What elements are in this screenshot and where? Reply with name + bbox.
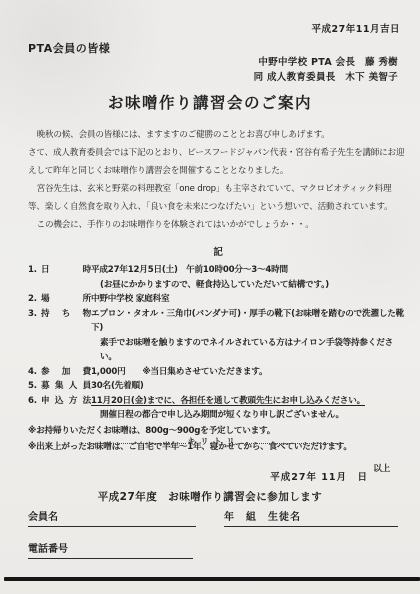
invitation-paragraph: この機会に、手作りのお味噌作りを体験されてはいかがでしょうか・・。	[28, 216, 408, 234]
item-subnote-nails: 素手でお味噌を触りますのでネイルされている方はナイロン手袋等持参ください。	[100, 336, 408, 365]
notice-item-apply: 6. 申込方法 11月20日(金)までに、各担任を通して教頭先生にお申し込みくだ…	[28, 394, 408, 409]
item-value: 1,000円 ※当日集めさせていただきます。	[91, 365, 408, 380]
item-number: 2.	[28, 292, 41, 307]
phone-number-label: 電話番号	[28, 544, 68, 555]
notice-item-capacity: 5. 募集人員 30名(先着順)	[28, 379, 408, 394]
member-name-label: 会員名	[28, 512, 58, 523]
item-label: 日 時	[41, 263, 91, 278]
item-value: 30名(先着順)	[91, 379, 408, 394]
issue-date: 平成27年11月吉日	[312, 21, 400, 35]
document-title: お味噌作り講習会のご案内	[0, 91, 420, 113]
notice-item-fee: 4. 参 加 費 1,000円 ※当日集めさせていただきます。	[28, 365, 408, 380]
item-label: 持 ち 物	[41, 307, 91, 336]
instructor-intro-paragraph: 宮谷先生は、玄米と野菜の料理教室「one drop」も主宰されていて、マクロビオ…	[28, 180, 408, 216]
member-name-field: 会員名	[28, 508, 196, 527]
cut-dots-right	[242, 442, 343, 444]
sender-line-committee-chair: 同 成人教育委員長 木下 美智子	[254, 71, 398, 86]
reply-slip-title: 平成27年度 お味噌作り講習会に参加します	[0, 489, 420, 504]
reply-date-line: 平成27年 11月 日	[270, 469, 368, 483]
scan-artifact-bar	[4, 577, 420, 581]
reply-form-row-names: 会員名 年 組 生徒名	[28, 508, 398, 527]
item-label: 申込方法	[41, 394, 91, 409]
item-label: 参 加 費	[41, 365, 91, 380]
item-label: 場 所	[41, 292, 91, 307]
item-number: 1.	[28, 263, 41, 278]
item-number: 4.	[28, 365, 41, 380]
announcement-paragraph: さて、成人教育委員会では下記のとおり、ピースフードジャパン代表・宮谷有希子先生を…	[28, 144, 408, 180]
recipient-line: PTA会員の皆様	[28, 40, 110, 56]
greeting-paragraph: 晩秋の候、会員の皆様には、ますますのご健勝のこととお喜び申しあげます。	[28, 126, 408, 144]
item-value: 11月20日(金)までに、各担任を通して教頭先生にお申し込みください。	[91, 394, 408, 409]
body-text: 晩秋の候、会員の皆様には、ますますのご健勝のこととお喜び申しあげます。 さて、成…	[28, 126, 408, 234]
cut-here-line: キリトリ	[85, 436, 342, 447]
item-subnote-lunch: (お昼にかかりますので、軽食持込していただいて結構です。)	[100, 278, 408, 293]
item-value: エプロン・タオル・三角巾(バンダナ可)・厚手の靴下(お味噌を踏むので洗濯した靴下…	[91, 307, 408, 336]
item-value: 中野中学校 家庭科室	[91, 292, 408, 307]
notice-item-belongings: 3. 持 ち 物 エプロン・タオル・三角巾(バンダナ可)・厚手の靴下(お味噌を踏…	[28, 307, 408, 336]
sender-block: 中野中学校 PTA 会長 藤 秀樹 同 成人教育委員長 木下 美智子	[254, 56, 398, 85]
item-value: 平成27年12月5日(土) 午前10時00分～3～4時間	[91, 263, 408, 278]
item-number: 5.	[28, 379, 41, 394]
cut-dots-left	[85, 442, 186, 444]
grade-class-student-label: 年 組 生徒名	[224, 512, 301, 523]
item-number: 3.	[28, 307, 41, 336]
item-number: 6.	[28, 394, 41, 409]
phone-number-field: 電話番号	[28, 540, 193, 559]
item-subnote-apology: 開催日程の都合で申し込み期間が短くなり申し訳ございません。	[100, 408, 408, 423]
notice-heading: 記	[28, 244, 408, 258]
sender-line-pta-chair: 中野中学校 PTA 会長 藤 秀樹	[254, 56, 398, 71]
cut-here-label: キリトリ	[186, 436, 242, 447]
reply-form-row-phone: 電話番号	[28, 540, 193, 559]
student-name-field: 年 組 生徒名	[224, 508, 398, 527]
notice-item-datetime: 1. 日 時 平成27年12月5日(土) 午前10時00分～3～4時間	[28, 263, 408, 278]
item-label: 募集人員	[41, 379, 91, 394]
notice-item-place: 2. 場 所 中野中学校 家庭科室	[28, 292, 408, 307]
scanned-document-page: 平成27年11月吉日 PTA会員の皆様 中野中学校 PTA 会長 藤 秀樹 同 …	[0, 0, 420, 594]
